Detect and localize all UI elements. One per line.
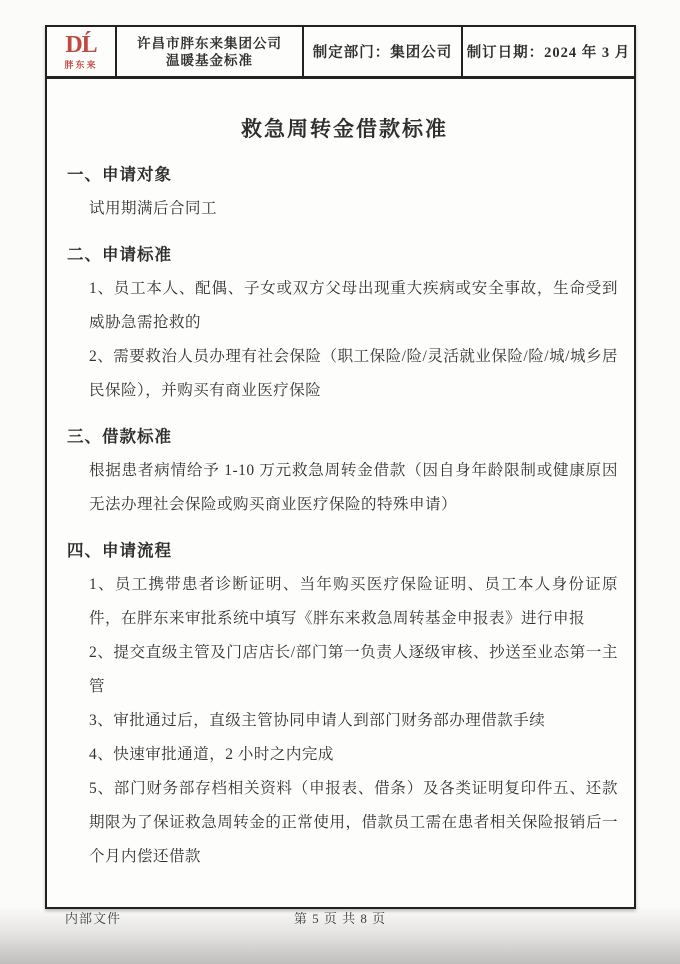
section-loan-standard: 三、借款标准 根据患者病情给予 1-10 万元救急周转金借款（因自身年龄限制或健… bbox=[67, 420, 622, 522]
paragraph: 2、需要救治人员办理有社会保险（职工保险/险/灵活就业保险/险/城/城乡居民保险… bbox=[67, 340, 622, 408]
organization-name: 许昌市胖东来集团公司 bbox=[137, 35, 282, 52]
logo-cell: DĹ 胖东来 bbox=[47, 27, 117, 76]
paragraph: 试用期满后合同工 bbox=[67, 192, 622, 226]
standard-name: 温暖基金标准 bbox=[166, 52, 253, 69]
logo-caption: 胖东来 bbox=[64, 58, 97, 71]
document-body: 救急周转金借款标准 一、申请对象 试用期满后合同工 二、申请标准 1、员工本人、… bbox=[47, 79, 634, 907]
page-footer: 内部文件 第 5 页 共 8 页 bbox=[0, 906, 680, 928]
page-number: 第 5 页 共 8 页 bbox=[0, 908, 680, 927]
document-header-table: DĹ 胖东来 许昌市胖东来集团公司 温暖基金标准 制定部门：集团公司 制订日期：… bbox=[47, 27, 634, 79]
section-heading: 二、申请标准 bbox=[67, 238, 622, 272]
paragraph: 5、部门财务部存档相关资料（申报表、借条）及各类证明复印件五、还款期限为了保证救… bbox=[67, 772, 622, 874]
paragraph: 2、提交直级主管及门店店长/部门第一负责人逐级审核、抄送至业态第一主管 bbox=[67, 636, 622, 704]
section-application-process: 四、申请流程 1、员工携带患者诊断证明、当年购买医疗保险证明、员工本人身份证原件… bbox=[67, 534, 622, 874]
section-application-criteria: 二、申请标准 1、员工本人、配偶、子女或双方父母出现重大疾病或安全事故，生命受到… bbox=[67, 238, 622, 408]
section-heading: 三、借款标准 bbox=[67, 420, 622, 454]
pangdonglai-logo-icon: DĹ bbox=[65, 33, 96, 57]
paragraph: 4、快速审批通道，2 小时之内完成 bbox=[67, 738, 622, 772]
document-title: 救急周转金借款标准 bbox=[67, 112, 622, 146]
section-application-target: 一、申请对象 试用期满后合同工 bbox=[67, 158, 622, 226]
organization-cell: 许昌市胖东来集团公司 温暖基金标准 bbox=[117, 27, 304, 76]
paragraph: 根据患者病情给予 1-10 万元救急周转金借款（因自身年龄限制或健康原因无法办理… bbox=[67, 454, 622, 522]
scanned-document-page: DĹ 胖东来 许昌市胖东来集团公司 温暖基金标准 制定部门：集团公司 制订日期：… bbox=[0, 0, 680, 964]
paragraph: 1、员工本人、配偶、子女或双方父母出现重大疾病或安全事故，生命受到威胁急需抢救的 bbox=[67, 272, 622, 340]
paragraph: 1、员工携带患者诊断证明、当年购买医疗保险证明、员工本人身份证原件，在胖东来审批… bbox=[67, 568, 622, 636]
paragraph: 3、审批通过后，直级主管协同申请人到部门财务部办理借款手续 bbox=[67, 704, 622, 738]
section-heading: 一、申请对象 bbox=[67, 158, 622, 192]
section-heading: 四、申请流程 bbox=[67, 534, 622, 568]
document-frame: DĹ 胖东来 许昌市胖东来集团公司 温暖基金标准 制定部门：集团公司 制订日期：… bbox=[45, 25, 636, 909]
issuing-department: 制定部门：集团公司 bbox=[304, 27, 463, 76]
issue-date: 制订日期：2024 年 3 月 bbox=[463, 27, 634, 76]
